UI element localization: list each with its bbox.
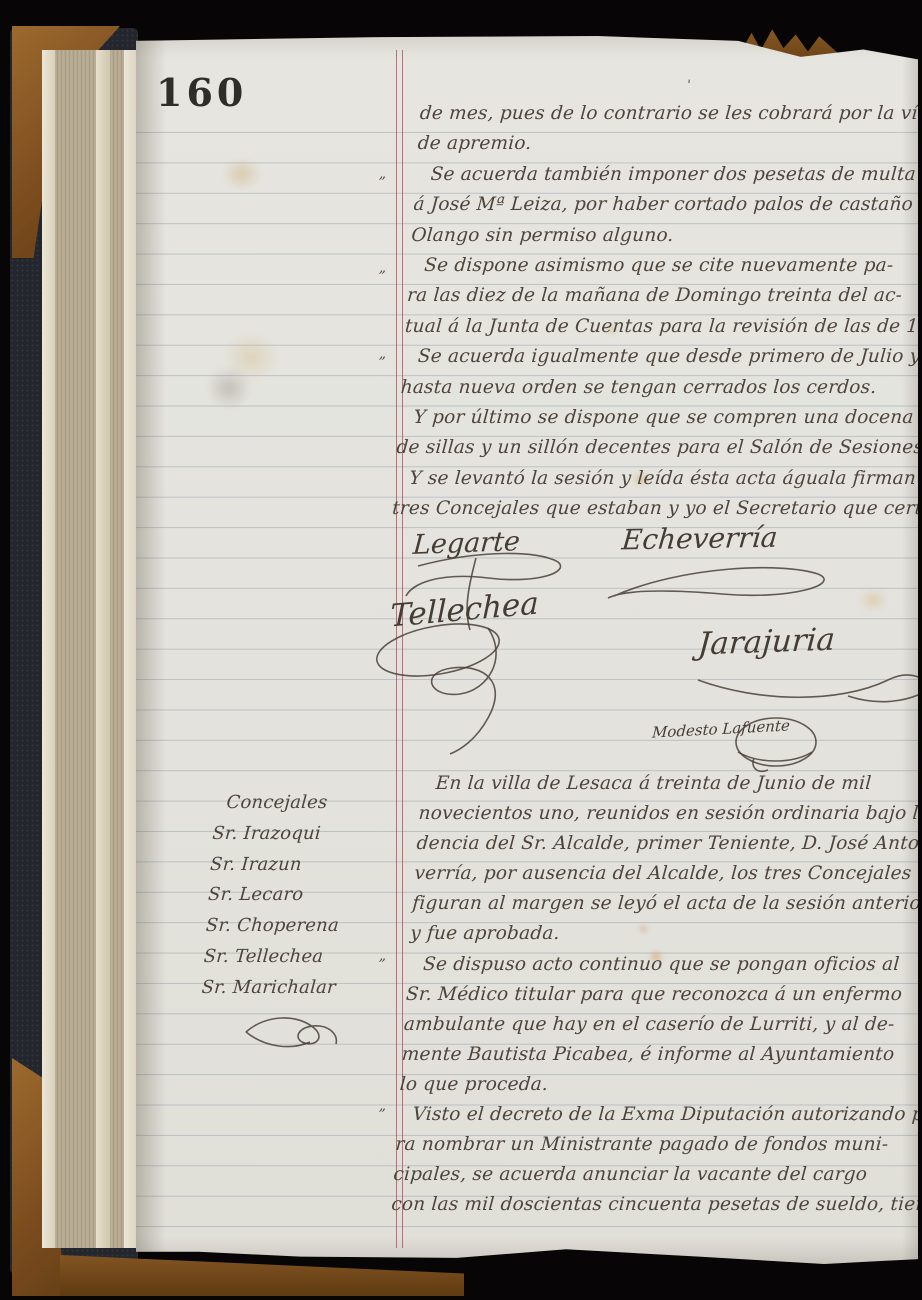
manuscript-line: y fue aprobada. bbox=[409, 919, 922, 949]
ditto-mark: „ bbox=[378, 1098, 387, 1114]
margin-flourish bbox=[236, 1008, 346, 1058]
signature-echeverria: Echeverría bbox=[621, 521, 779, 557]
margin-attendee: Sr. Lecaro bbox=[207, 880, 389, 911]
manuscript-line: Olango sin permiso alguno. bbox=[410, 221, 922, 251]
signature-flourish bbox=[368, 598, 558, 758]
manuscript-line: dencia del Sr. Alcalde, primer Teniente,… bbox=[415, 829, 922, 859]
manuscript-line: Se acuerda también imponer dos pesetas d… bbox=[415, 160, 922, 190]
manuscript-line: Visto el decreto de la Exma Diputación a… bbox=[397, 1100, 911, 1130]
margin-attendee: Sr. Tellechea bbox=[203, 942, 385, 973]
manuscript-line: Se dispuso acto continuo que se pongan o… bbox=[407, 950, 921, 980]
page-edge-band bbox=[96, 50, 110, 1248]
signature-flourish bbox=[602, 556, 852, 616]
manuscript-line: En la villa de Lesaca á treinta de Junio… bbox=[420, 769, 922, 799]
margin-attendees: Concejales Sr. Irazoqui Sr. Irazun Sr. L… bbox=[200, 788, 395, 1004]
manuscript-line: hasta nueva orden se tengan cerrados los… bbox=[400, 373, 914, 403]
manuscript-line: Se dispone asimismo que se cite nuevamen… bbox=[408, 251, 922, 281]
page-number: 160 bbox=[156, 70, 247, 115]
manuscript-line: Sr. Médico titular para que reconozca á … bbox=[405, 980, 919, 1010]
page-edge-band bbox=[42, 50, 55, 1248]
ditto-mark: „ bbox=[378, 260, 387, 276]
manuscript-line: tres Concejales que estaban y yo el Secr… bbox=[391, 494, 905, 524]
manuscript-line: á José Mª Leiza, por haber cortado palos… bbox=[412, 190, 922, 220]
stray-ink-mark: ' bbox=[686, 78, 691, 93]
margin-attendee: Sr. Irazun bbox=[209, 850, 391, 881]
manuscript-line: ra las diez de la mañana de Domingo trei… bbox=[406, 281, 920, 311]
signature-jarajuria: Jarajuria bbox=[697, 622, 836, 663]
manuscript-line: con las mil doscientas cincuenta pesetas… bbox=[390, 1190, 904, 1220]
manuscript-line: lo que proceda. bbox=[399, 1070, 913, 1100]
manuscript-line: verría, por ausencia del Alcalde, los tr… bbox=[413, 859, 922, 889]
manuscript-line: cipales, se acuerda anunciar la vacante … bbox=[392, 1160, 906, 1190]
page-stack-edges bbox=[42, 50, 140, 1248]
manuscript-line: Y por último se dispone que se compren u… bbox=[397, 403, 911, 433]
manuscript-line: de sillas y un sillón decentes para el S… bbox=[395, 433, 909, 463]
act-continuation-text: de mes, pues de lo contrario se les cobr… bbox=[391, 99, 922, 525]
margin-attendee: Sr. Marichalar bbox=[200, 973, 382, 1004]
manuscript-page: 160 ' de mes, pues de lo contrario se le… bbox=[136, 36, 918, 1264]
margin-attendee: Sr. Irazoqui bbox=[211, 819, 393, 850]
manuscript-line: ra nombrar un Ministrante pagado de fond… bbox=[394, 1130, 908, 1160]
manuscript-line: de apremio. bbox=[417, 129, 922, 159]
signature-flourish bbox=[688, 662, 922, 712]
manuscript-line: de mes, pues de lo contrario se les cobr… bbox=[419, 99, 922, 129]
manuscript-line: Se acuerda igualmente que desde primero … bbox=[402, 342, 916, 372]
ditto-mark: „ bbox=[378, 166, 387, 182]
margin-attendee: Sr. Choperena bbox=[205, 911, 387, 942]
margin-title: Concejales bbox=[213, 788, 395, 819]
manuscript-line: ambulante que hay en el caserío de Lurri… bbox=[403, 1010, 917, 1040]
ditto-mark: „ bbox=[378, 346, 387, 362]
manuscript-line: figuran al margen se leyó el acta de la … bbox=[411, 889, 922, 919]
manuscript-line: tual á la Junta de Cuentas para la revis… bbox=[404, 312, 918, 342]
act-current-text: En la villa de Lesaca á treinta de Junio… bbox=[390, 769, 922, 1220]
manuscript-line: Y se levantó la sesión y leída ésta acta… bbox=[393, 464, 907, 494]
manuscript-line: novecientos uno, reunidos en sesión ordi… bbox=[418, 799, 922, 829]
manuscript-line: mente Bautista Picabea, é informe al Ayu… bbox=[401, 1040, 915, 1070]
scanned-minute-book-photo: 160 ' de mes, pues de lo contrario se le… bbox=[0, 0, 922, 1300]
